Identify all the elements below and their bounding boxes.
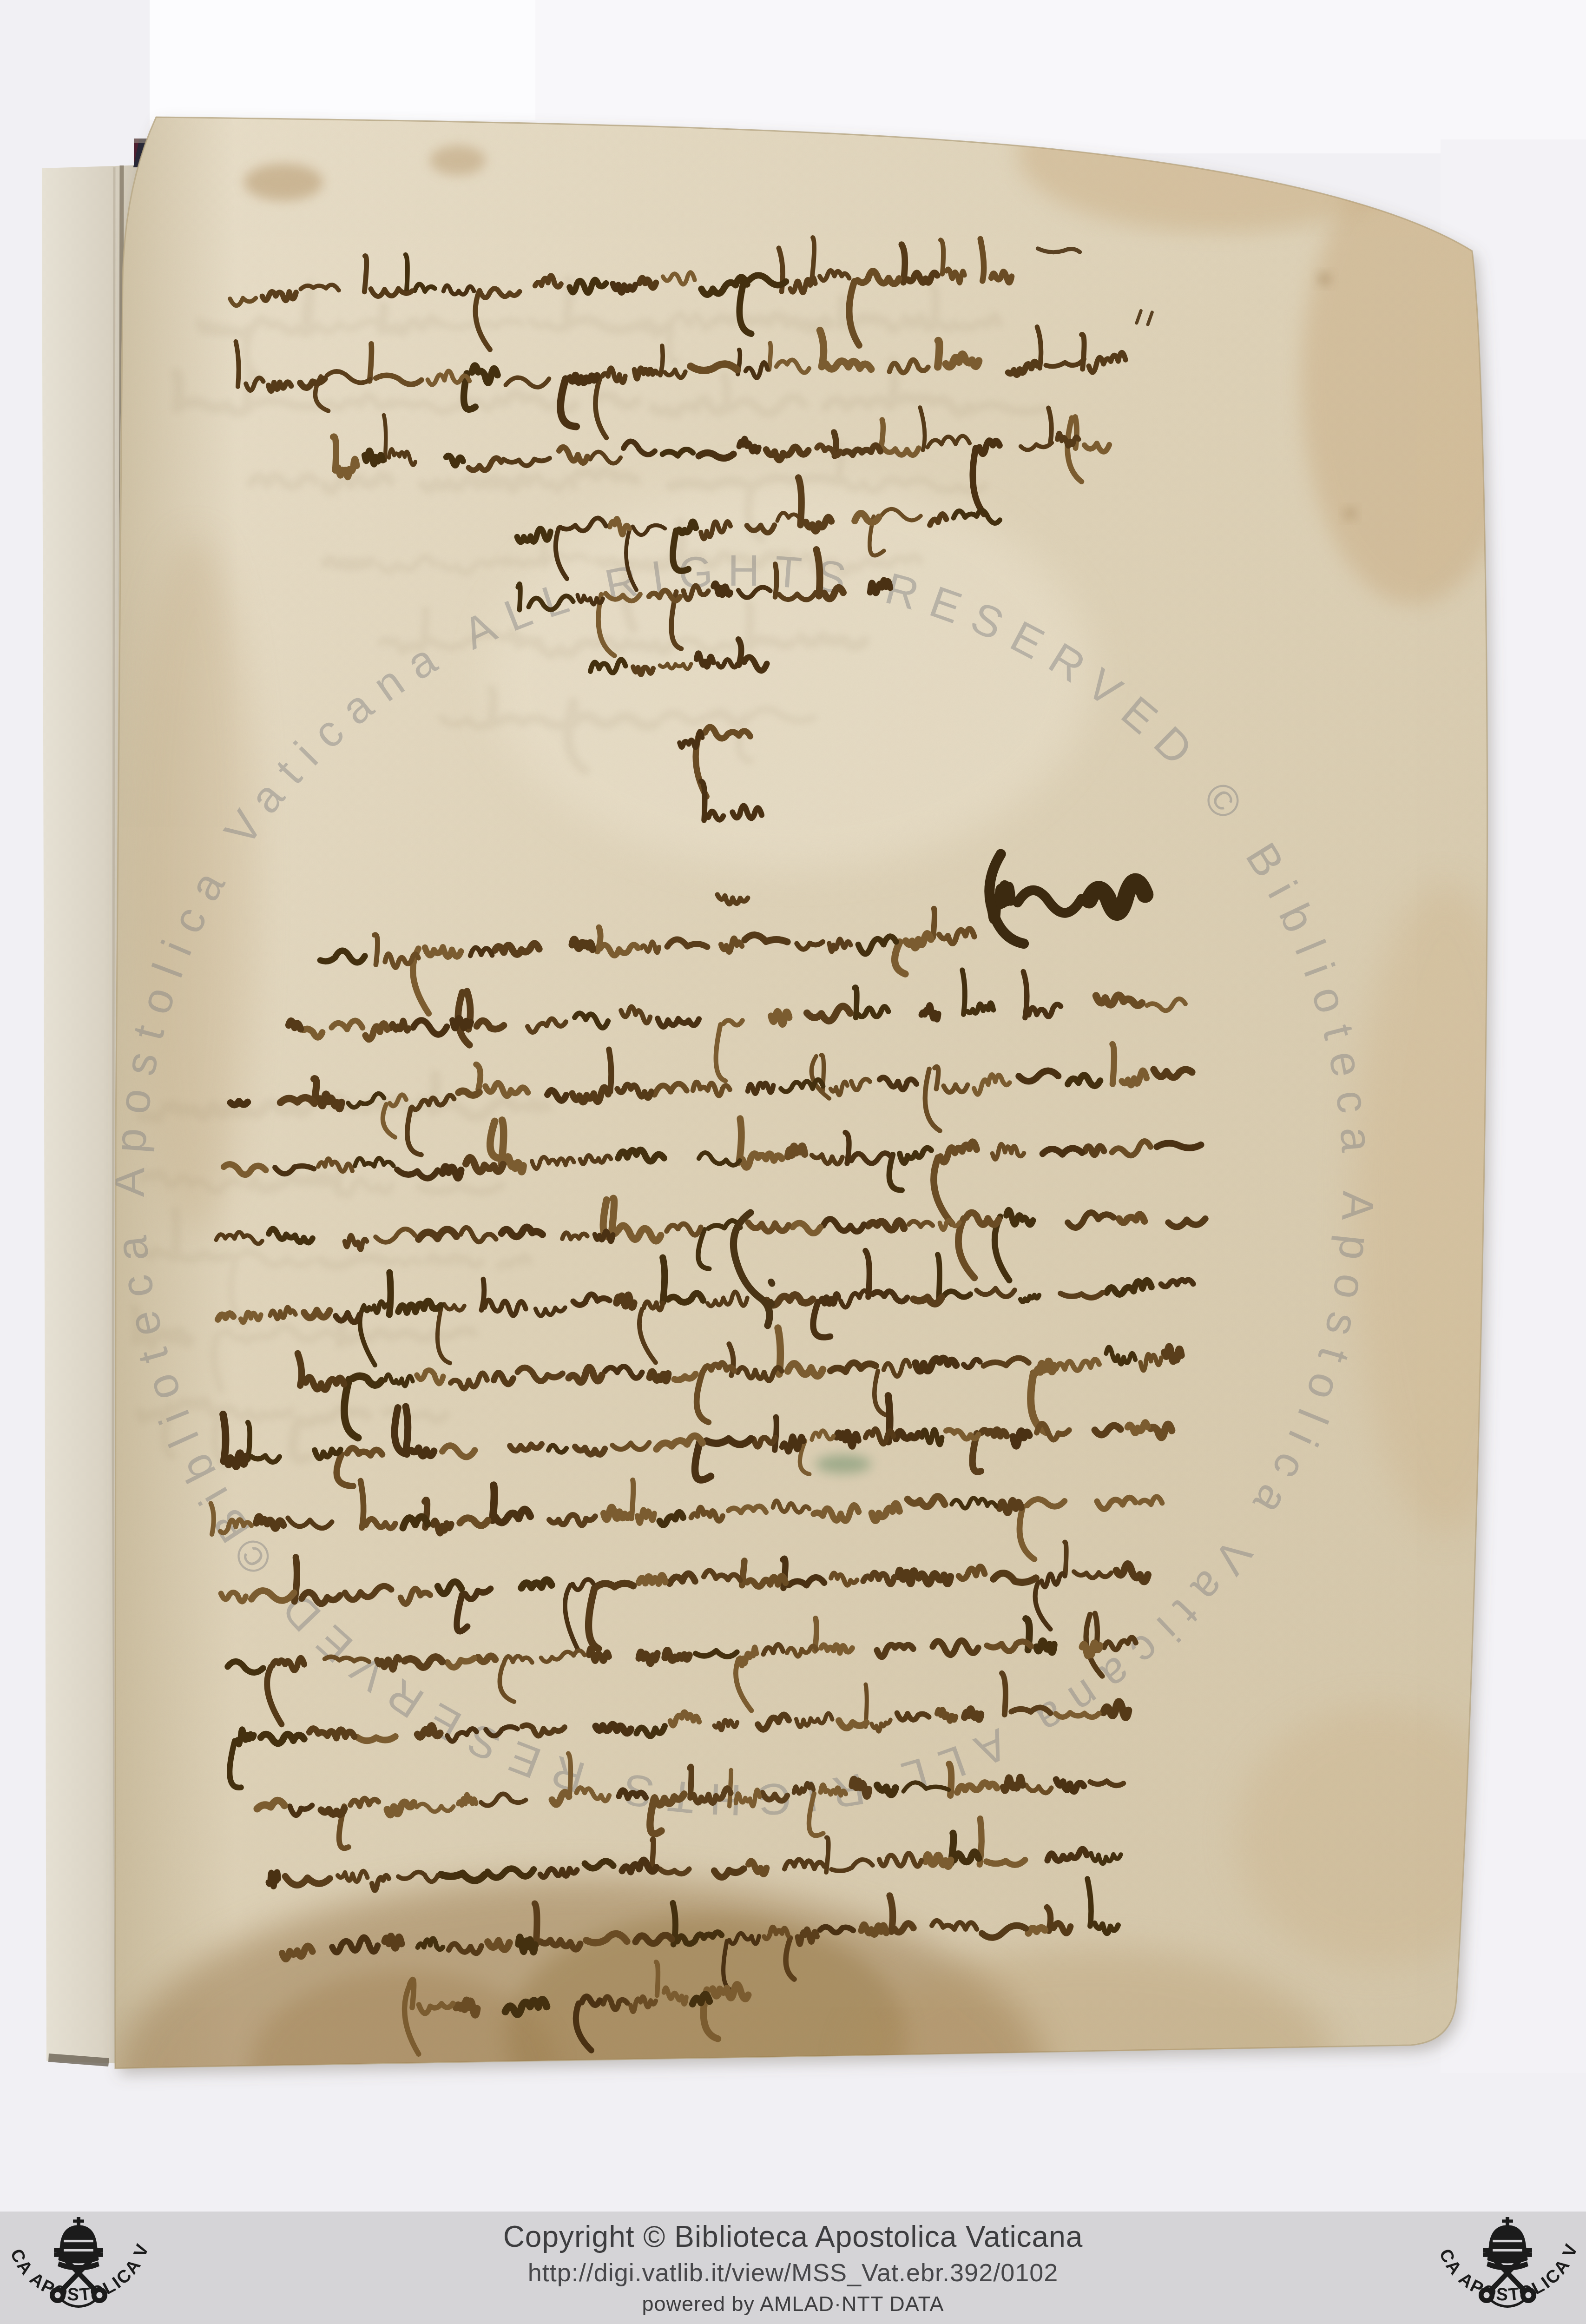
footer-copyright: Copyright © Biblioteca Apostolica Vatica… [503,2219,1083,2254]
footer-bar: Copyright © Biblioteca Apostolica Vatica… [0,2212,1586,2324]
manuscript-scan-photo: BIBLIOTECA APOSTOLICA VATICANA [0,0,1586,2212]
vatican-library-logo-left [5,2217,152,2320]
footer-url: http://digi.vatlib.it/view/MSS_Vat.ebr.3… [528,2258,1059,2287]
vatican-library-logo-right [1434,2217,1581,2320]
digitized-manuscript-viewer-page: BIBLIOTECA APOSTOLICA VATICANA [0,0,1586,2324]
footer-powered-by: powered by AMLAD·NTT DATA [642,2292,944,2316]
backing-sheet-bright [150,0,535,120]
